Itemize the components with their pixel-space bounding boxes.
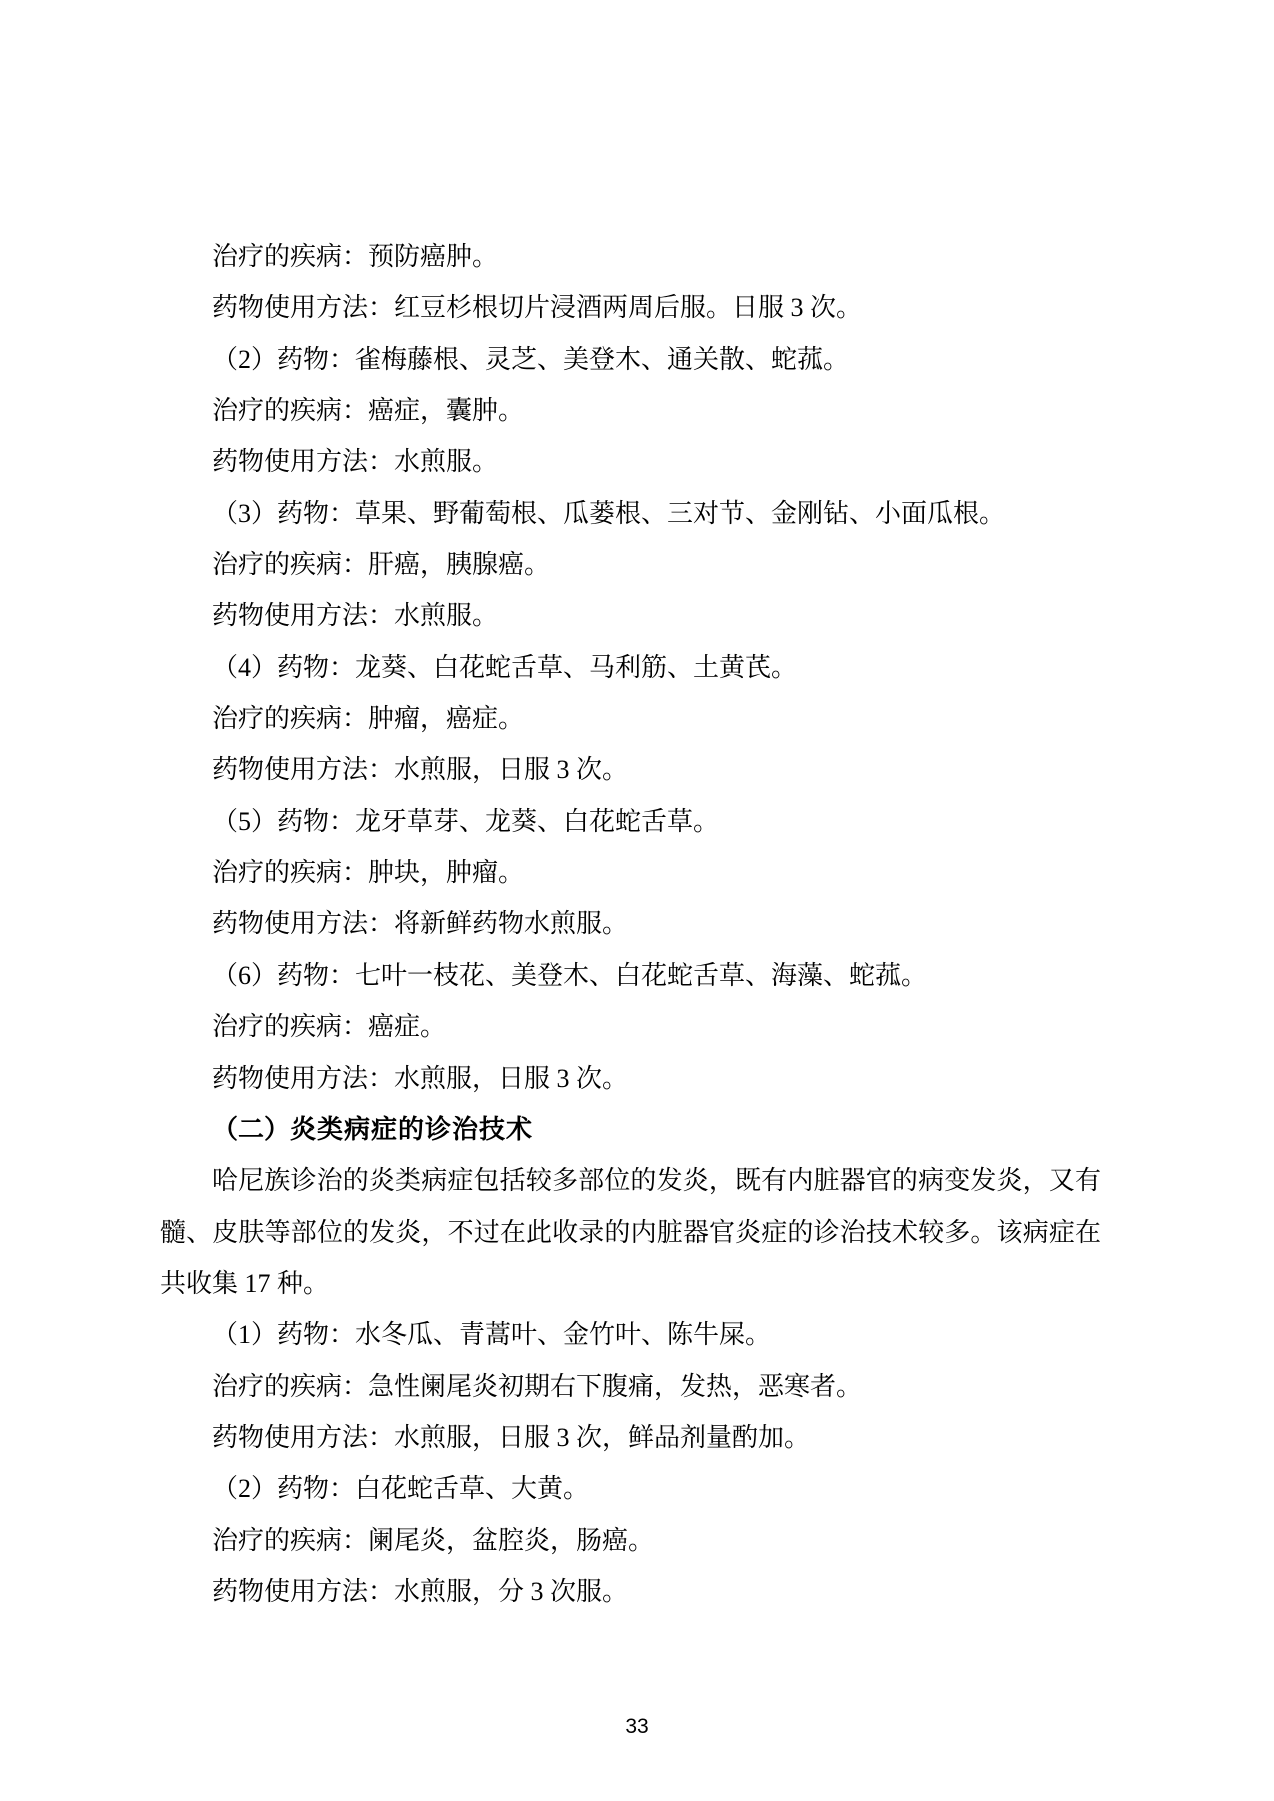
disease-line: 治疗的疾病：癌症，囊肿。 xyxy=(160,385,1101,436)
paragraph-line: 哈尼族诊治的炎类病症包括较多部位的发炎，既有内脏器官的病变发炎，又有骨 xyxy=(160,1155,1101,1206)
remedy-line: （4）药物：龙葵、白花蛇舌草、马利筋、土黄芪。 xyxy=(160,642,1101,693)
document-page: 治疗的疾病：预防癌肿。 药物使用方法：红豆杉根切片浸酒两周后服。日服 3 次。 … xyxy=(0,0,1274,1801)
remedy-line: （1）药物：水冬瓜、青蒿叶、金竹叶、陈牛屎。 xyxy=(160,1309,1101,1360)
remedy-line: （2）药物：白花蛇舌草、大黄。 xyxy=(160,1463,1101,1514)
section-heading: （二）炎类病症的诊治技术 xyxy=(160,1104,1101,1155)
usage-line: 药物使用方法：红豆杉根切片浸酒两周后服。日服 3 次。 xyxy=(160,282,1101,333)
usage-line: 药物使用方法：水煎服，日服 3 次，鲜品剂量酌加。 xyxy=(160,1412,1101,1463)
remedy-line: （6）药物：七叶一枝花、美登木、白花蛇舌草、海藻、蛇菰。 xyxy=(160,950,1101,1001)
disease-line: 治疗的疾病：阑尾炎，盆腔炎，肠癌。 xyxy=(160,1515,1101,1566)
usage-line: 药物使用方法：水煎服，分 3 次服。 xyxy=(160,1566,1101,1617)
usage-line: 药物使用方法：水煎服，日服 3 次。 xyxy=(160,1053,1101,1104)
usage-line: 药物使用方法：将新鲜药物水煎服。 xyxy=(160,898,1101,949)
paragraph-line: 共收集 17 种。 xyxy=(160,1258,1101,1309)
section-title: 炎类病症的诊治技术 xyxy=(290,1114,533,1144)
section-number: （二） xyxy=(212,1115,290,1144)
paragraph-line: 髓、皮肤等部位的发炎，不过在此收录的内脏器官炎症的诊治技术较多。该病症在此 xyxy=(160,1207,1101,1258)
disease-line: 治疗的疾病：急性阑尾炎初期右下腹痛，发热，恶寒者。 xyxy=(160,1361,1101,1412)
page-content: 治疗的疾病：预防癌肿。 药物使用方法：红豆杉根切片浸酒两周后服。日服 3 次。 … xyxy=(160,231,1101,1617)
usage-line: 药物使用方法：水煎服。 xyxy=(160,590,1101,641)
usage-line: 药物使用方法：水煎服，日服 3 次。 xyxy=(160,744,1101,795)
usage-line: 药物使用方法：水煎服。 xyxy=(160,436,1101,487)
remedy-line: （3）药物：草果、野葡萄根、瓜蒌根、三对节、金刚钻、小面瓜根。 xyxy=(160,488,1101,539)
page-number: 33 xyxy=(0,1712,1274,1742)
disease-line: 治疗的疾病：肿块，肿瘤。 xyxy=(160,847,1101,898)
disease-line: 治疗的疾病：预防癌肿。 xyxy=(160,231,1101,282)
remedy-line: （2）药物：雀梅藤根、灵芝、美登木、通关散、蛇菰。 xyxy=(160,334,1101,385)
disease-line: 治疗的疾病：肝癌，胰腺癌。 xyxy=(160,539,1101,590)
remedy-line: （5）药物：龙牙草芽、龙葵、白花蛇舌草。 xyxy=(160,796,1101,847)
disease-line: 治疗的疾病：肿瘤，癌症。 xyxy=(160,693,1101,744)
disease-line: 治疗的疾病：癌症。 xyxy=(160,1001,1101,1052)
